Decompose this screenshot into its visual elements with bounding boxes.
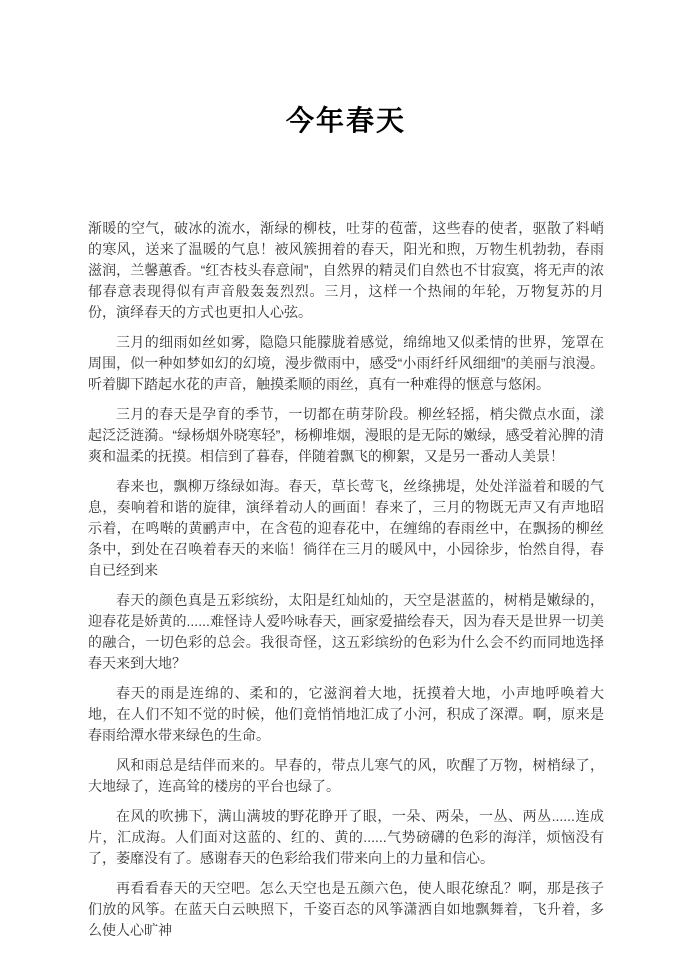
- paragraph-3: 三月的春天是孕育的季节，一切都在萌芽阶段。柳丝轻摇，梢尖微点水面，漾起泛泛涟漪。…: [88, 404, 604, 467]
- document-title: 今年春天: [88, 104, 604, 138]
- paragraph-5: 春天的颜色真是五彩缤纷，太阳是红灿灿的，天空是湛蓝的，树梢是嫩绿的，迎春花是娇黄…: [88, 590, 604, 674]
- paragraph-1: 渐暖的空气，破冰的流水，渐绿的柳枝，吐芽的苞蕾，这些春的使者，驱散了料峭的寒风，…: [88, 218, 604, 323]
- document-page: 今年春天 渐暖的空气，破冰的流水，渐绿的柳枝，吐芽的苞蕾，这些春的使者，驱散了料…: [0, 0, 690, 976]
- paragraph-6: 春天的雨是连绵的、柔和的，它滋润着大地，抚摸着大地，小声地呼唤着大地，在人们不知…: [88, 683, 604, 746]
- paragraph-2: 三月的细雨如丝如雾，隐隐只能朦胧着感觉，绵绵地又似柔情的世界，笼罩在周围，似一种…: [88, 332, 604, 395]
- paragraph-7: 风和雨总是结伴而来的。早春的，带点儿寒气的风，吹醒了万物，树梢绿了，大地绿了，连…: [88, 755, 604, 797]
- paragraph-9: 再看看春天的天空吧。怎么天空也是五颜六色，使人眼花缭乱？啊，那是孩子们放的风筝。…: [88, 878, 604, 941]
- paragraph-8: 在风的吹拂下，满山满坡的野花睁开了眼，一朵、两朵，一丛、两丛......连成片，…: [88, 806, 604, 869]
- paragraph-4: 春来也，飘柳万绦绿如海。春天，草长莺飞，丝绦拂堤，处处洋溢着和暖的气息，奏响着和…: [88, 476, 604, 581]
